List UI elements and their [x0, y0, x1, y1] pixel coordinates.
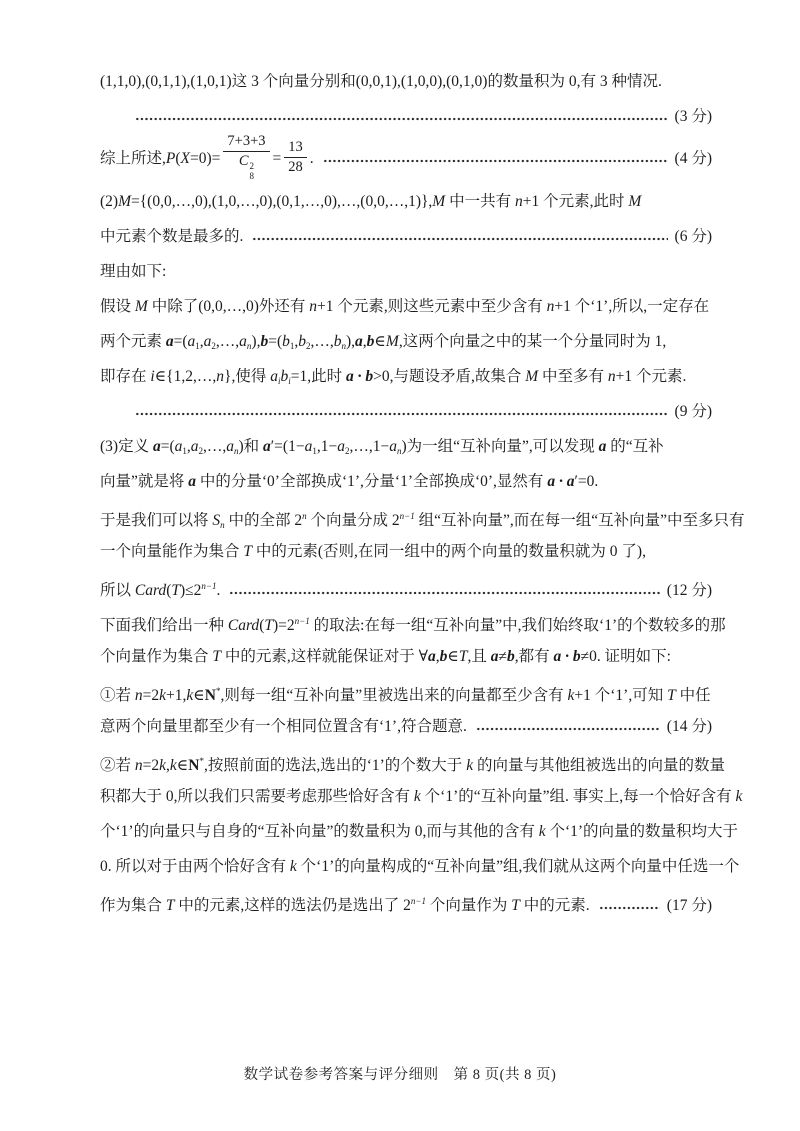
math-run: b: [298, 333, 306, 350]
math-run: a: [389, 438, 397, 455]
doc-line: 0. 所以对于由两个恰好含有 k 个‘1’的向量构成的“互补向量”组,我们就从这…: [100, 849, 712, 884]
doc-line: 向量”就是将 a 中的分量‘0’全部换成‘1’,分量‘1’全部换成‘0’,显然有…: [100, 464, 712, 499]
score-marker: (12 分): [667, 573, 712, 608]
text-run: ①若: [100, 687, 135, 704]
math-run: b: [507, 648, 515, 665]
math-run: P: [166, 150, 175, 167]
text-run: ,…,: [203, 438, 226, 455]
math-run: M: [386, 333, 399, 350]
line-text: 假设 M 中除了(0,0,…,0)外还有 n+1 个元素,则这些元素中至少含有 …: [100, 298, 709, 315]
text-run: (2): [100, 193, 118, 210]
text-run: =: [273, 150, 282, 167]
doc-line: 积都大于 0,所以我们只需要考虑那些恰好含有 k 个‘1’的“互补向量”组. 事…: [100, 779, 712, 814]
score-marker: (4 分): [675, 134, 712, 184]
document-body: (1,1,0),(0,1,1),(1,0,1)这 3 个向量分别和(0,0,1)…: [100, 64, 712, 919]
line-text: 两个元素 a=(a1,a2,…,an),b=(b1,b2,…,bn),a,b∈M…: [100, 333, 666, 350]
score-dots-line: (3 分): [100, 99, 712, 134]
text-run: +1 个元素,则这些元素中至少含有: [317, 298, 547, 315]
line-text: (3)定义 a=(a1,a2,…,an)和 a′=(1−a1,1−a2,…,1−…: [100, 438, 664, 455]
doc-line: 即存在 i∈{1,2,…,n},使得 aibi=1,此时 a · b>0,与题设…: [100, 359, 712, 394]
text-run: 即存在: [100, 368, 150, 385]
math-run: a: [239, 333, 247, 350]
text-run: 两个元素: [100, 333, 166, 350]
text-run: 积都大于 0,所以我们只需要考虑那些恰好含有: [100, 788, 414, 805]
math-run: a · a: [547, 473, 574, 490]
line-text: 向量”就是将 a 中的分量‘0’全部换成‘1’,分量‘1’全部换成‘0’,显然有…: [100, 473, 598, 490]
text-run: 一个向量能作为集合: [100, 543, 243, 560]
math-run: n: [135, 757, 143, 774]
line-text: 即存在 i∈{1,2,…,n},使得 aibi=1,此时 a · b>0,与题设…: [100, 368, 686, 385]
math-run: M: [432, 193, 445, 210]
text-run: ,都有: [515, 648, 554, 665]
score-marker: (3 分): [675, 99, 712, 134]
math-run: T: [243, 543, 252, 560]
text-run: 中除了(0,0,…,0)外还有: [148, 298, 309, 315]
text-run: ′=0.: [574, 473, 598, 490]
line-text: 0. 所以对于由两个恰好含有 k 个‘1’的向量构成的“互补向量”组,我们就从这…: [100, 858, 739, 875]
math-run: T: [212, 648, 221, 665]
text-run: >0,与题设矛盾,故集合: [373, 368, 525, 385]
text-run: 中的元素,这样就能保证对于 ∀: [221, 648, 428, 665]
text-run: ∈: [447, 648, 458, 665]
doc-line: 作为集合 T 中的元素,这样的选法仍是选出了 2n−1 个向量作为 T 中的元素…: [100, 884, 712, 919]
math-run: n: [309, 298, 317, 315]
page-footer: 数学试卷参考答案与评分细则 第 8 页(共 8 页): [0, 1063, 800, 1084]
text-run: 个向量分成 2: [307, 512, 400, 529]
score-marker: (6 分): [675, 219, 712, 254]
text-run: +1 个‘1’,可知: [574, 687, 667, 704]
text-run: 下面我们给出一种: [100, 617, 228, 634]
text-run: 中的元素,这样的选法仍是选出了 2: [175, 897, 411, 914]
fraction-denominator: C28: [223, 152, 269, 181]
math-run: n: [216, 368, 224, 385]
text-run: ∈: [193, 687, 204, 704]
superscript: 2: [250, 161, 255, 171]
math-run: a: [355, 333, 363, 350]
text-run: +1 个元素.: [616, 368, 687, 385]
text-run: 理由如下:: [100, 263, 166, 280]
doc-line: ②若 n=2k,k∈N*,按照前面的选法,选出的‘1’的个数大于 k 的向量与其…: [100, 744, 712, 779]
text-run: =1,此时: [291, 368, 346, 385]
text-run: 7+3+3: [227, 133, 265, 149]
math-run: a: [166, 333, 174, 350]
fraction: 7+3+3C28: [223, 133, 269, 181]
text-run: 中一共有: [445, 193, 515, 210]
text-run: 中任: [676, 687, 711, 704]
doc-line: 假设 M 中除了(0,0,…,0)外还有 n+1 个元素,则这些元素中至少含有 …: [100, 289, 712, 324]
doc-line: 理由如下:: [100, 254, 712, 289]
text-run: ∈: [177, 757, 188, 774]
text-run: ∈{1,2,…,: [155, 368, 217, 385]
text-run: ),: [346, 333, 355, 350]
math-run: k: [170, 757, 177, 774]
math-run: Card: [228, 617, 259, 634]
math-run: a: [270, 368, 278, 385]
score-marker: (9 分): [675, 394, 712, 429]
text-run: 个向量作为集合: [100, 648, 212, 665]
line-text: 意两个向量里都至少有一个相同位置含有‘1’,符合题意.: [100, 709, 467, 744]
text-run: (1,1,0),(0,1,1),(1,0,1)这 3 个向量分别和(0,0,1)…: [100, 73, 662, 90]
text-run: ,1−: [317, 438, 337, 455]
text-run: ②若: [100, 757, 135, 774]
math-run: a: [428, 648, 436, 665]
math-run: a: [153, 438, 161, 455]
math-run: N: [188, 757, 199, 774]
math-run: n: [608, 368, 616, 385]
line-text: ②若 n=2k,k∈N*,按照前面的选法,选出的‘1’的个数大于 k 的向量与其…: [100, 757, 725, 774]
text-run: 组“互补向量”,而在每一组“互补向量”中至多只有: [415, 512, 745, 529]
line-text: 一个向量能作为集合 T 中的元素(否则,在同一组中的两个向量的数量积就为 0 了…: [100, 543, 646, 560]
math-run: a · b: [554, 648, 581, 665]
text-run: ,按照前面的选法,选出的‘1’的个数大于: [204, 757, 466, 774]
text-run: 个‘1’的向量只与自身的“互补向量”的数量积为 0,而与其他的含有: [100, 823, 539, 840]
math-run: b: [282, 333, 290, 350]
line-text: (2)M={(0,0,…,0),(1,0,…,0),(0,1,…,0),…,(0…: [100, 193, 641, 210]
doc-line: 中元素个数是最多的.(6 分): [100, 219, 712, 254]
doc-line: 综上所述,P(X=0)=7+3+3C28=1328.(4 分): [100, 134, 712, 184]
line-text: 所以 Card(T)≤2n−1.: [100, 569, 220, 608]
doc-line: 意两个向量里都至少有一个相同位置含有‘1’,符合题意.(14 分): [100, 709, 712, 744]
doc-line: ①若 n=2k+1,k∈N*,则每一组“互补向量”里被选出来的向量都至少含有 k…: [100, 674, 712, 709]
text-run: (3)定义: [100, 438, 153, 455]
text-run: +1 个‘1’,所以,一定存在: [554, 298, 709, 315]
math-run: a: [226, 438, 234, 455]
text-run: ,…,: [311, 333, 334, 350]
text-run: 于是我们可以将: [100, 512, 212, 529]
doc-line: 个‘1’的向量只与自身的“互补向量”的数量积为 0,而与其他的含有 k 个‘1’…: [100, 814, 712, 849]
text-run: 的取法:在每一组“互补向量”中,我们始终取‘1’的个数较多的那: [310, 617, 726, 634]
doc-line: 个向量作为集合 T 中的元素,这样就能保证对于 ∀a,b∈T,且 a≠b,都有 …: [100, 639, 712, 674]
doc-line: 一个向量能作为集合 T 中的元素(否则,在同一组中的两个向量的数量积就为 0 了…: [100, 534, 712, 569]
text-run: .: [216, 582, 220, 599]
text-run: )≤2: [180, 582, 201, 599]
text-run: )为一组“互补向量”,可以发现: [401, 438, 598, 455]
fraction-numerator: 13: [284, 139, 307, 158]
text-run: 中的全部 2: [225, 512, 303, 529]
line-text: 综上所述,P(X=0)=7+3+3C28=1328.: [100, 134, 314, 184]
text-run: 个‘1’的向量构成的“互补向量”组,我们就从这两个向量中任选一个: [297, 858, 740, 875]
math-run: M: [118, 193, 131, 210]
text-run: ,…,1−: [349, 438, 389, 455]
math-run: b: [334, 333, 342, 350]
line-text: 作为集合 T 中的元素,这样的选法仍是选出了 2n−1 个向量作为 T 中的元素…: [100, 884, 590, 923]
text-run: ,这两个向量之中的某一个分量同时为 1,: [399, 333, 666, 350]
math-run: C: [239, 153, 249, 169]
doc-line: (2)M={(0,0,…,0),(1,0,…,0),(0,1,…,0),…,(0…: [100, 184, 712, 219]
score-dots-line: (9 分): [100, 394, 712, 429]
dotted-leader: [252, 237, 667, 241]
text-run: ≠: [499, 648, 508, 665]
text-run: =(: [161, 438, 175, 455]
text-run: 意两个向量里都至少有一个相同位置含有‘1’,符合题意.: [100, 718, 467, 735]
math-run: a: [491, 648, 499, 665]
math-run: n−1: [201, 581, 216, 591]
math-run: n−1: [411, 896, 426, 906]
math-run: n: [515, 193, 523, 210]
math-run: N: [205, 687, 216, 704]
line-text: 中元素个数是最多的.: [100, 219, 243, 254]
text-run: =2: [143, 757, 160, 774]
line-text: 积都大于 0,所以我们只需要考虑那些恰好含有 k 个‘1’的“互补向量”组. 事…: [100, 788, 742, 805]
math-run: X: [181, 150, 190, 167]
doc-line: (3)定义 a=(a1,a2,…,an)和 a′=(1−a1,1−a2,…,1−…: [100, 429, 712, 464]
text-run: 中至多有: [538, 368, 608, 385]
text-run: ={(0,0,…,0),(1,0,…,0),(0,1,…,0),…,(0,0,……: [131, 193, 432, 210]
math-run: T: [511, 897, 520, 914]
doc-line: (1,1,0),(0,1,1),(1,0,1)这 3 个向量分别和(0,0,1)…: [100, 64, 712, 99]
math-run: M: [135, 298, 148, 315]
text-run: 个‘1’的“互补向量”组. 事实上,每一个恰好含有: [421, 788, 736, 805]
doc-line: 下面我们给出一种 Card(T)=2n−1 的取法:在每一组“互补向量”中,我们…: [100, 604, 712, 639]
text-run: 向量”就是将: [100, 473, 188, 490]
text-run: .: [310, 150, 314, 167]
text-run: 28: [288, 159, 303, 175]
dotted-leader: [229, 591, 659, 595]
math-run: n−1: [295, 616, 310, 626]
text-run: ′=(1−: [271, 438, 305, 455]
text-run: 的“互补: [606, 438, 663, 455]
math-run: M: [628, 193, 641, 210]
text-run: 中的元素.: [520, 897, 590, 914]
line-text: ①若 n=2k+1,k∈N*,则每一组“互补向量”里被选出来的向量都至少含有 k…: [100, 687, 711, 704]
text-run: +1,: [166, 687, 186, 704]
math-run: Card: [135, 582, 166, 599]
text-run: 所以: [100, 582, 135, 599]
line-text: (1,1,0),(0,1,1),(1,0,1)这 3 个向量分别和(0,0,1)…: [100, 73, 662, 90]
text-run: =0)=: [190, 150, 220, 167]
math-run: a: [337, 438, 345, 455]
subscript: 8: [250, 171, 255, 181]
text-run: 综上所述,: [100, 150, 166, 167]
text-run: 的向量与其他组被选出的向量的数量: [473, 757, 725, 774]
math-run: a · b: [346, 368, 373, 385]
math-run: M: [525, 368, 538, 385]
text-run: },使得: [224, 368, 270, 385]
text-run: 个向量作为: [426, 897, 511, 914]
score-marker: (17 分): [667, 888, 712, 923]
doc-line: 所以 Card(T)≤2n−1.(12 分): [100, 569, 712, 604]
math-run: T: [667, 687, 676, 704]
math-run: k: [736, 788, 743, 805]
text-run: )和: [238, 438, 263, 455]
text-run: ≠0. 证明如下:: [581, 648, 671, 665]
fraction-denominator: 28: [284, 158, 307, 176]
text-run: 作为集合: [100, 897, 166, 914]
text-run: =(: [268, 333, 282, 350]
math-run: k: [290, 858, 297, 875]
text-run: =2: [143, 687, 160, 704]
math-run: k: [159, 757, 166, 774]
doc-line: 两个元素 a=(a1,a2,…,an),b=(b1,b2,…,bn),a,b∈M…: [100, 324, 712, 359]
math-run: T: [166, 897, 175, 914]
text-run: 假设: [100, 298, 135, 315]
text-run: )=2: [273, 617, 295, 634]
fraction: 1328: [284, 139, 307, 176]
math-run: n−1: [400, 511, 415, 521]
text-run: 中的元素(否则,在同一组中的两个向量的数量积就为 0 了),: [252, 543, 646, 560]
line-text: 个‘1’的向量只与自身的“互补向量”的数量积为 0,而与其他的含有 k 个‘1’…: [100, 823, 738, 840]
text-run: 个‘1’的向量的数量积均大于: [546, 823, 738, 840]
score-marker: (14 分): [667, 709, 712, 744]
dotted-leader: [135, 412, 668, 416]
math-run: k: [539, 823, 546, 840]
dotted-leader: [323, 159, 668, 163]
line-text: 理由如下:: [100, 263, 166, 280]
text-run: ,…,: [216, 333, 239, 350]
fraction-numerator: 7+3+3: [223, 133, 269, 152]
text-run: ,且: [467, 648, 490, 665]
line-text: 下面我们给出一种 Card(T)=2n−1 的取法:在每一组“互补向量”中,我们…: [100, 617, 726, 634]
math-run: k: [414, 788, 421, 805]
math-run: a: [263, 438, 271, 455]
stacked-sup-sub: 28: [250, 161, 255, 181]
text-run: 中的分量‘0’全部换成‘1’,分量‘1’全部换成‘0’,显然有: [196, 473, 547, 490]
text-run: =(: [174, 333, 188, 350]
dotted-leader: [599, 906, 660, 910]
text-run: +1 个元素,此时: [523, 193, 629, 210]
line-text: 个向量作为集合 T 中的元素,这样就能保证对于 ∀a,b∈T,且 a≠b,都有 …: [100, 648, 671, 665]
math-run: k: [159, 687, 166, 704]
math-run: n: [135, 687, 143, 704]
dotted-leader: [476, 727, 660, 731]
text-run: 中元素个数是最多的.: [100, 228, 243, 245]
math-run: T: [264, 617, 273, 634]
text-run: ∈: [374, 333, 385, 350]
doc-line: 于是我们可以将 Sn 中的全部 2n 个向量分成 2n−1 组“互补向量”,而在…: [100, 499, 712, 534]
dotted-leader: [135, 117, 668, 121]
line-text: 于是我们可以将 Sn 中的全部 2n 个向量分成 2n−1 组“互补向量”,而在…: [100, 512, 745, 529]
math-run: S: [212, 512, 220, 529]
math-run: T: [171, 582, 180, 599]
text-run: 13: [288, 139, 303, 155]
text-run: ,则每一组“互补向量”里被选出来的向量都至少含有: [220, 687, 567, 704]
text-run: 0. 所以对于由两个恰好含有: [100, 858, 290, 875]
math-run: a: [188, 473, 196, 490]
